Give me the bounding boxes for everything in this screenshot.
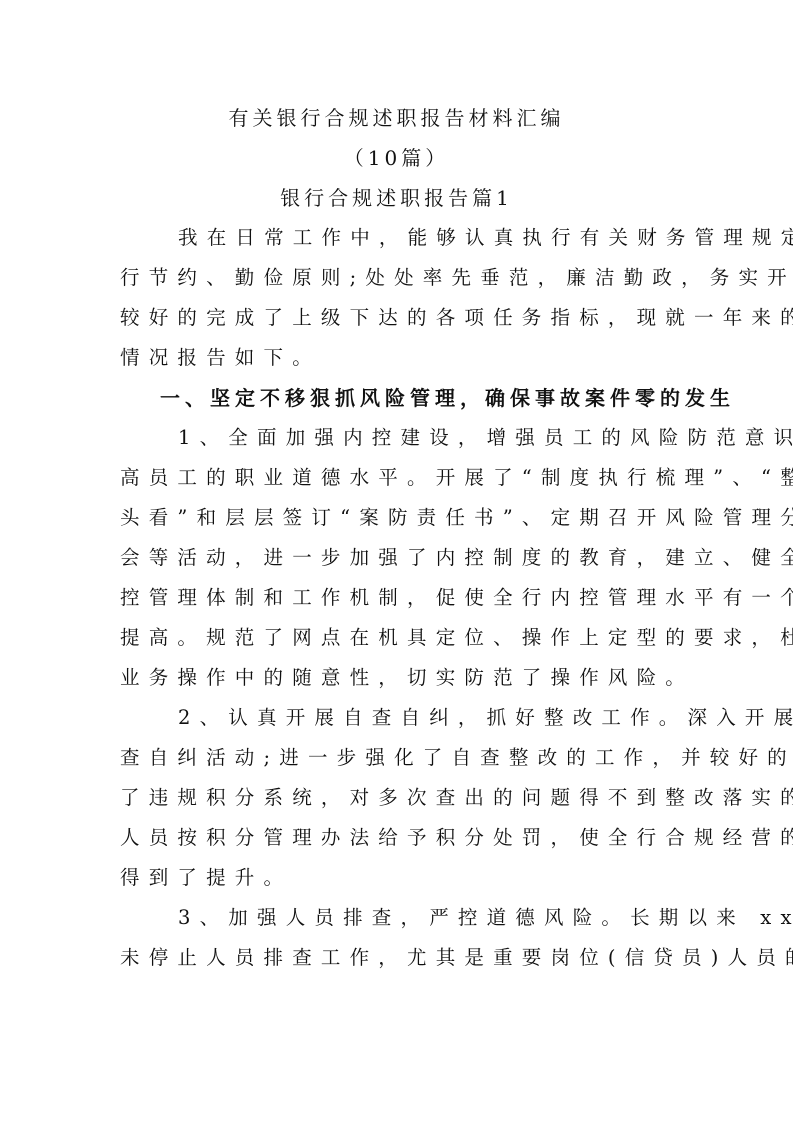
item-paragraph-1: 1、全面加强内控建设，增强员工的风险防范意识，提 高员工的职业道德水平。开展了“…: [120, 418, 673, 698]
document-subtitle: （10篇）: [120, 138, 673, 178]
text-line: 控管理体制和工作机制，促使全行内控管理水平有一个新的: [120, 578, 673, 618]
text-line: 行节约、勤俭原则;处处率先垂范，廉洁勤政，务实开拓，: [120, 258, 673, 298]
text-line: 查自纠活动;进一步强化了自查整改的工作，并较好的使用: [120, 738, 673, 778]
text-line: 头看”和层层签订“案防责任书”、定期召开风险管理分析: [120, 498, 673, 538]
text-line: 业务操作中的随意性，切实防范了操作风险。: [120, 658, 673, 698]
text-line: 2、认真开展自查自纠，抓好整改工作。深入开展了自: [120, 698, 673, 738]
text-line: 得到了提升。: [120, 858, 673, 898]
text-line: 1、全面加强内控建设，增强员工的风险防范意识，提: [120, 418, 673, 458]
text-line: 了违规积分系统，对多次查出的问题得不到整改落实的相关: [120, 778, 673, 818]
text-line: 提高。规范了网点在机具定位、操作上定型的要求，杜绝了: [120, 618, 673, 658]
text-line: 较好的完成了上级下达的各项任务指标，现就一年来的履职: [120, 298, 673, 338]
intro-paragraph: 我在日常工作中，能够认真执行有关财务管理规定，履 行节约、勤俭原则;处处率先垂范…: [120, 218, 673, 378]
item-paragraph-3: 3、加强人员排查，严控道德风险。长期以来 xx 支行从 未停止人员排查工作，尤其…: [120, 898, 673, 978]
text-line: 未停止人员排查工作，尤其是重要岗位(信贷员)人员的排查，: [120, 938, 673, 978]
item-paragraph-2: 2、认真开展自查自纠，抓好整改工作。深入开展了自 查自纠活动;进一步强化了自查整…: [120, 698, 673, 898]
text-line: 人员按积分管理办法给予积分处罚，使全行合规经营的意识: [120, 818, 673, 858]
text-line: 3、加强人员排查，严控道德风险。长期以来 xx 支行从: [120, 898, 673, 938]
section-heading-1: 一、坚定不移狠抓风险管理，确保事故案件零的发生: [120, 378, 673, 418]
text-line: 情况报告如下。: [120, 338, 673, 378]
document-title: 有关银行合规述职报告材料汇编: [120, 98, 673, 138]
section-title: 银行合规述职报告篇1: [120, 178, 673, 218]
document-page: 有关银行合规述职报告材料汇编 （10篇） 银行合规述职报告篇1 我在日常工作中，…: [120, 98, 673, 978]
text-line: 高员工的职业道德水平。开展了“制度执行梳理”、“整改回: [120, 458, 673, 498]
text-line: 会等活动，进一步加强了内控制度的教育，建立、健全了内: [120, 538, 673, 578]
text-line: 我在日常工作中，能够认真执行有关财务管理规定，履: [120, 218, 673, 258]
